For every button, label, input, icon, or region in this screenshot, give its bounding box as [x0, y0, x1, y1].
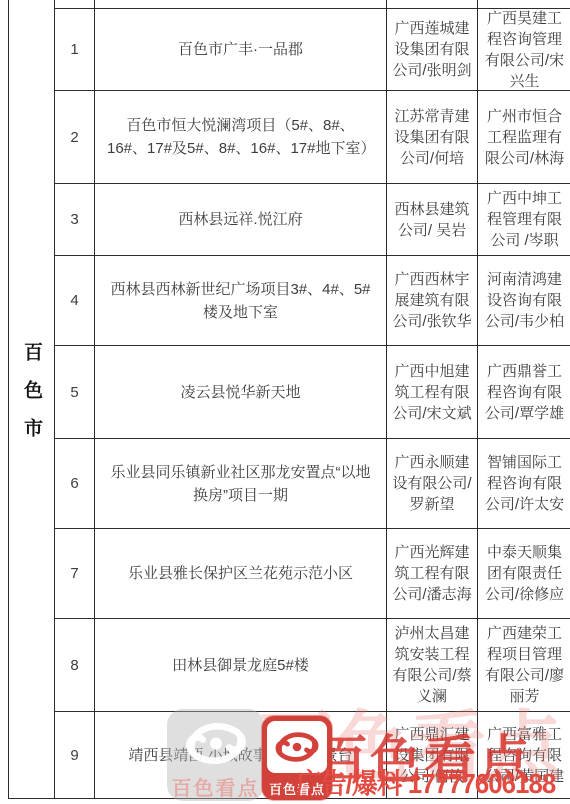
- supervisor-cell: 广州市恒合工程监理有限公司/林海: [478, 91, 570, 184]
- region-cell: 百色市: [9, 0, 55, 799]
- row-number-cell: 8: [55, 619, 95, 712]
- builder-cell: 西林县建筑公司/ 吴岩: [387, 184, 478, 256]
- sliver-cell: [387, 0, 478, 9]
- row-number-cell: 9: [55, 712, 95, 799]
- supervisor-cell: 广西富雅工程咨询有限公司/黄国建: [478, 712, 570, 799]
- supervisor-cell: 智铺国际工程咨询有限公司/许太安: [478, 439, 570, 529]
- row-number-cell: 1: [55, 9, 95, 91]
- sliver-cell: [478, 0, 570, 9]
- project-cell: 凌云县悦华新天地: [95, 346, 387, 439]
- project-cell: 百色市广丰·一品郡: [95, 9, 387, 91]
- row-number-cell: 5: [55, 346, 95, 439]
- builder-cell: 泸州太昌建筑安装工程有限公司/蔡义澜: [387, 619, 478, 712]
- supervisor-cell: 广西鼎誉工程咨询有限公司/覃学雄: [478, 346, 570, 439]
- project-cell: 乐业县雅长保护区兰花苑示范小区: [95, 529, 387, 619]
- row-number-cell: 3: [55, 184, 95, 256]
- supervisor-cell: 河南清鸿建设咨询有限公司/韦少柏: [478, 256, 570, 346]
- builder-cell: 广西光辉建筑工程有限公司/潘志海: [387, 529, 478, 619]
- row-number-cell: 7: [55, 529, 95, 619]
- builder-cell: 广西西林宇展建筑有限公司/张钦华: [387, 256, 478, 346]
- project-cell: 西林县西林新世纪广场项目3#、4#、5#楼及地下室: [95, 256, 387, 346]
- project-cell: 靖西县靖西.小城故事B地块御景台: [95, 712, 387, 799]
- builder-cell: 广西莲城建设集团有限公司/张明剑: [387, 9, 478, 91]
- builder-cell: 广西鼎汇建设集团有限公司/何汝: [387, 712, 478, 799]
- builder-cell: 广西永顺建设有限公司/罗新望: [387, 439, 478, 529]
- project-cell: 西林县远祥.悦江府: [95, 184, 387, 256]
- row-number-cell: 4: [55, 256, 95, 346]
- projects-table: 百色市 1 百色市广丰·一品郡 广西莲城建设集团有限公司/张明剑 广西昊建工程咨…: [8, 0, 570, 799]
- project-cell: 百色市恒大悦澜湾项目（5#、8#、16#、17#及5#、8#、16#、17#地下…: [95, 91, 387, 184]
- supervisor-cell: 中泰天顺集团有限责任公司/徐修应: [478, 529, 570, 619]
- builder-cell: 广西中旭建筑工程有限公司/宋文斌: [387, 346, 478, 439]
- row-number-cell: 6: [55, 439, 95, 529]
- supervisor-cell: 广西建荣工程项目管理有限公司/廖丽芳: [478, 619, 570, 712]
- supervisor-cell: 广西中坤工程管理有限公司 /岑职: [478, 184, 570, 256]
- sliver-cell: [95, 0, 387, 9]
- supervisor-cell: 广西昊建工程咨询管理有限公司/宋兴生: [478, 9, 570, 91]
- project-cell: 乐业县同乐镇新业社区那龙安置点“以地换房”项目一期: [95, 439, 387, 529]
- row-number-cell: 2: [55, 91, 95, 184]
- sliver-cell: [55, 0, 95, 9]
- project-cell: 田林县御景龙庭5#楼: [95, 619, 387, 712]
- builder-cell: 江苏常青建设集团有限公司/何培: [387, 91, 478, 184]
